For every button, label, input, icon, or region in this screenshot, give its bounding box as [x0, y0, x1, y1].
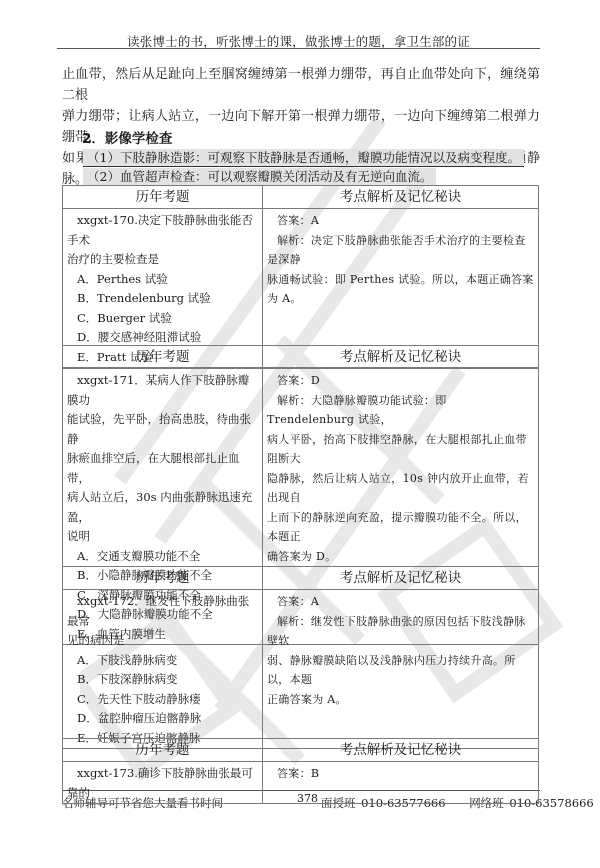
header-past-questions: 历年考题	[63, 739, 263, 762]
question-stem: xxgxt-171．某病人作下肢静脉瓣膜功	[67, 371, 258, 410]
header-past-questions: 历年考题	[63, 346, 263, 369]
highlight-ultrasound: （2）血管超声检查：可以观察瓣膜关闭活动及有无逆向血流。	[83, 168, 436, 186]
question-table-173: 历年考题 考点解析及记忆秘诀 xxgxt-173.确诊下肢静脉曲张最可靠的 答案…	[62, 738, 539, 804]
option-c: C．Buerger 试验	[67, 309, 258, 329]
answer: 答案：A	[267, 592, 534, 612]
header-analysis: 考点解析及记忆秘诀	[263, 739, 539, 762]
header-past-questions: 历年考题	[63, 567, 263, 590]
option-a: A．Perthes 试验	[67, 270, 258, 290]
analysis-line: 病人平卧，抬高下肢排空静脉，在大腿根部扎止血带阻断大	[267, 430, 534, 469]
option-a: A．下肢浅静脉病变	[67, 651, 258, 671]
question-stem: 见的病因是	[67, 631, 258, 651]
analysis-line: 隐静脉，然后让病人站立，10s 钟内放开止血带，若出现自	[267, 469, 534, 508]
highlight-venography: （1）下肢静脉造影：可观察下肢静脉是否通畅，瓣膜功能情况以及病变程度。	[83, 149, 524, 167]
question-stem: 病人站立后，30s 内曲张静脉迅速充盈，	[67, 488, 258, 527]
question-cell: xxgxt-170.决定下肢静脉曲张能否手术 治疗的主要检查是 A．Perthe…	[63, 209, 263, 368]
answer: 答案：D	[267, 371, 534, 391]
option-c: C．先天性下肢动静脉瘘	[67, 690, 258, 710]
analysis-line: 解析：大隐静脉瓣膜功能试验：即 Trendelenburg 试验，	[267, 391, 534, 430]
analysis-cell: 答案：A 解析：决定下肢静脉曲张能否手术治疗的主要检查是深静 脉通畅试验：即 P…	[263, 209, 539, 368]
analysis-line: 正确答案为 A。	[267, 690, 534, 710]
answer: 答案：A	[267, 211, 534, 231]
option-b: B．下肢深静脉病变	[67, 670, 258, 690]
header-analysis: 考点解析及记忆秘诀	[263, 186, 539, 209]
question-cell: xxgxt-173.确诊下肢静脉曲张最可靠的	[63, 762, 263, 804]
question-stem: 脉瘀血排空后，在大腿根部扎止血带，	[67, 449, 258, 488]
option-b: B．Trendelenburg 试验	[67, 289, 258, 309]
header-rule	[57, 48, 540, 49]
analysis-line: 解析：决定下肢静脉曲张能否手术治疗的主要检查是深静	[267, 231, 534, 270]
analysis-line: 上而下的静脉逆向充盈，提示瓣膜功能不全。所以，本题正	[267, 508, 534, 547]
question-stem: xxgxt-170.决定下肢静脉曲张能否手术	[67, 211, 258, 250]
analysis-line: 解析：继发性下肢静脉曲张的原因包括下肢浅静脉壁软	[267, 612, 534, 651]
analysis-line: 弱、静脉瓣膜缺陷以及浅静脉内压力持续升高。所以，本题	[267, 651, 534, 690]
header-past-questions: 历年考题	[63, 186, 263, 209]
analysis-cell: 答案：B	[263, 762, 539, 804]
question-stem: 说明	[67, 527, 258, 547]
analysis-cell: 答案：A 解析：继发性下肢静脉曲张的原因包括下肢浅静脉壁软 弱、静脉瓣膜缺陷以及…	[263, 590, 539, 749]
intro-line: 止血带，然后从足趾向上至腘窝缠缚第一根弹力绷带，再自止血带处向下，缠绕第二根	[62, 64, 540, 106]
question-table-172: 历年考题 考点解析及记忆秘诀 xxgxt-172．继发性下肢静脉曲张最常 见的病…	[62, 566, 539, 749]
answer: 答案：B	[267, 764, 534, 784]
question-stem: xxgxt-173.确诊下肢静脉曲张最可靠的	[67, 764, 258, 803]
option-a: A．交通支瓣膜功能不全	[67, 547, 258, 567]
analysis-line: 确答案为 D。	[267, 547, 534, 567]
section-heading: 2．影像学检查	[82, 127, 172, 147]
option-d: D．盆腔肿瘤压迫髂静脉	[67, 709, 258, 729]
question-stem: xxgxt-172．继发性下肢静脉曲张最常	[67, 592, 258, 631]
header-analysis: 考点解析及记忆秘诀	[263, 567, 539, 590]
analysis-line: 脉通畅试验：即 Perthes 试验。所以，本题正确答案为 A。	[267, 270, 534, 309]
question-stem: 能试验，先平卧，抬高患肢，待曲张静	[67, 410, 258, 449]
header-analysis: 考点解析及记忆秘诀	[263, 346, 539, 369]
question-table-170: 历年考题 考点解析及记忆秘诀 xxgxt-170.决定下肢静脉曲张能否手术 治疗…	[62, 185, 539, 368]
question-stem: 治疗的主要检查是	[67, 250, 258, 270]
question-cell: xxgxt-172．继发性下肢静脉曲张最常 见的病因是 A．下肢浅静脉病变 B．…	[63, 590, 263, 749]
